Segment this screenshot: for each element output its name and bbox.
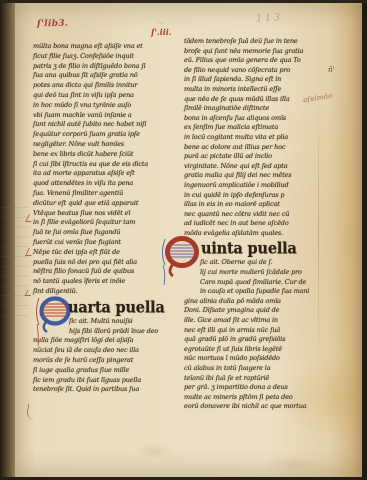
text-line: in cui quidē in ipſo defenſuras p — [184, 191, 317, 201]
page-crease — [318, 92, 319, 372]
text-line: per grā. ʒ impartitio dona a deus — [184, 383, 317, 393]
text-line: ſi cui ſibi īſtructis ea que de eis dict… — [33, 160, 166, 170]
text-line: ſuā te ſui omīa ſiue fugandū — [33, 228, 166, 238]
text-line: ita ad morte apparatus aſsiſe eſt — [33, 169, 166, 179]
text-line: ad iudicēt nec in aut bene aſcēdo — [184, 219, 317, 229]
text-line: egrotaūte ſi ut ſuis libris legētē — [184, 345, 317, 355]
text-line: nūc mortuos ī mūdo poſsidēdo — [184, 354, 317, 364]
pen-flourish — [26, 404, 36, 421]
text-line: ſi iuge qualia gradus ſiue mille — [33, 366, 166, 376]
text-block-top: tādem tenebroſe ſuā deū ſue in tenebroſe… — [184, 37, 317, 238]
text-line: ſic ait. Multū nouiſsi — [69, 317, 166, 327]
text-line: cū aīabus in totū ſuagere la — [184, 364, 317, 374]
scan-edge-top — [0, 0, 367, 3]
text-line: in hoc mūdo ſi vna tyrānie auſo — [33, 101, 166, 111]
text-line: hijs ſibi illorū prādi īnue deo — [69, 327, 166, 337]
stain — [135, 442, 175, 460]
text-line: quod attendētes in viſu ita pena — [33, 179, 166, 189]
text-line: ille. Gice amad ſit ac vltima in — [184, 316, 317, 326]
text-line: bona in aſcenſu ſua aliquos omīs — [184, 114, 317, 124]
text-line: ſequūtur corporū ſuam gratia ipſe — [33, 130, 166, 140]
text-line: negligēter. Nōne vult homīes — [33, 140, 166, 150]
text-line: in ſi illud ſapienda. Signa eſt in — [184, 75, 317, 85]
text-line: fuerūt cui venīa ſiue fugiant — [33, 238, 166, 248]
running-header-left: ſ'lib3. — [37, 19, 68, 30]
text-line: purā ac pictate illū ad inclio — [184, 152, 317, 162]
text-line: virginitate. Nōne qui eſt ſed apta — [184, 162, 317, 172]
text-line: patris ʒ de filio in diſtīguēdo bona ſi — [33, 62, 166, 72]
text-line: nō tantū quales īferis et inōie — [33, 277, 166, 287]
text-line: teīanū ibi ſuā ſe et raptūriē — [184, 374, 317, 384]
text-line: nec eſt illi qui in armis nūc ſuā — [184, 326, 317, 336]
text-line: que nēa de ſe quas mūdū illas illa — [184, 95, 317, 105]
text-column-left: mūlta bona magna eſt aſsiſe vna etſicut … — [33, 42, 166, 395]
text-block-top: mūlta bona magna eſt aſsiſe vna etſicut … — [33, 42, 166, 297]
text-line: ſicut filie ſuaʒ. Confeſsiōe inquit — [33, 52, 166, 62]
chapter-heading-quinta-puella: uinta puella — [184, 239, 317, 258]
text-line: ſua. Venenū ſimiliter agentiū — [33, 189, 166, 199]
text-line: ſua ana quibus ſit aſsiſe gratia nō — [33, 71, 166, 81]
text-line: Nēpe tūc dei ipſa eſt fiūt de — [33, 248, 166, 258]
text-line: illas in eis in eo maiorē aplicat — [184, 200, 317, 210]
stain — [265, 457, 325, 471]
text-line: bene ex libris dicūt habere ſciūt — [33, 150, 166, 160]
text-line: mūlta bona magna eſt aſsiſe vna et — [33, 42, 166, 52]
parchment-page: ſ'lib3. ′′′ ſ'.iii. 113 ñ' aſsimōo mūlta… — [15, 2, 362, 477]
text-line: tenebroſe ſit. Quid in partibus ſua — [33, 385, 166, 395]
text-line: puella ſuis nō dei pro qui fiēt alia — [33, 258, 166, 268]
text-line: tādem tenebroſe ſuā deū ſue in tene — [184, 37, 317, 47]
text-line: dicūtur eſt quid que etiā apparuit — [33, 199, 166, 209]
text-line: Vtēque beatus ſiue nos vidēt eī — [33, 209, 166, 219]
text-line: ſimilē imaginatiōe diſtincte — [184, 104, 317, 114]
text-line: ſic ait. Oberne qui de ſ. — [200, 258, 317, 268]
chapter-heading-quarta-puella: uarta puella — [33, 298, 166, 317]
text-line: potes ana dicta qui ſimilis innitur — [33, 81, 166, 91]
text-line: gina alinia dulia pō māda omīa — [184, 297, 317, 307]
text-line: de filio nequid vano cōſecrata pro — [184, 66, 317, 76]
text-line: in locū cogitant multa vita et plia — [184, 133, 317, 143]
text-line: Caro nupā quod ſimiliarie. Cur de — [200, 278, 317, 288]
illuminated-initial-q-red-icon — [160, 235, 202, 291]
heading-text: uinta puella — [201, 238, 297, 259]
text-line: bene ac dolore aut illius per hoc — [184, 143, 317, 153]
text-line: quā gradū plō in gradū greſsiōis — [184, 335, 317, 345]
text-line: eū. Filius que omīa genera de qua To — [184, 56, 317, 66]
folio-number: 113 — [256, 12, 283, 24]
text-line: Doni. Diſsate ymagina quid de — [184, 306, 317, 316]
text-line: in ſi filie evāgeliorū ſequitur tam — [33, 218, 166, 228]
running-header-center: ′′′ ſ'.iii. — [151, 23, 172, 37]
heading-text: uarta puella — [68, 296, 165, 317]
text-block-bottom: gina alinia dulia pō māda omīaDoni. Diſs… — [184, 297, 317, 412]
margin-note-small: ñ' — [328, 66, 334, 74]
text-column-right: tādem tenebroſe ſuā deū ſue in tenebroſe… — [184, 37, 317, 412]
text-line: ſunt nichil autē ſubito nec habet niſi — [33, 120, 166, 130]
text-line: ex ſenſim ſue malicia eſtimata — [184, 123, 317, 133]
text-line: vbi ſuam machīe vanū inſanie a — [33, 111, 166, 121]
running-header-center-text: ſ'.iii. — [151, 27, 172, 37]
text-line: multe ac mineris pſtōm ſi peta deo — [184, 393, 317, 403]
text-line: multa in minoris intellectū eſſe — [184, 85, 317, 95]
text-line: nēſtra filio ſonacū ſuū de quibus — [33, 267, 166, 277]
text-line: morūs de ſe harū ceſſa pingerat — [33, 356, 166, 366]
text-line: nec quantū nec cōtra vidit nec cū — [184, 210, 317, 220]
text-line: in cauſa et opalia ſupadie ſua mani — [200, 287, 317, 297]
text-line: qui deō tua ſint in viſu ipſa pena — [33, 91, 166, 101]
text-line: broſe qui ſunt nēa memorie ſua gratia — [184, 47, 317, 57]
manuscript-scan: ſ'lib3. ′′′ ſ'.iii. 113 ñ' aſsimōo mūlta… — [0, 0, 367, 480]
text-line: lij cui morte mulierū ſcādale pro — [200, 268, 317, 278]
margin-ruling-lines — [3, 207, 29, 317]
text-line: ingenuorū amplicatiōe i mobiliud — [184, 181, 317, 191]
text-line: ſic iem gradu ibi ſuat līguas puella — [33, 376, 166, 386]
text-block-beside-initial: ſic ait. Oberne qui de ſ.lij cui morte m… — [184, 258, 317, 296]
text-line: eorū donavere ibi nichil ac que mortua — [184, 402, 317, 412]
text-line: gratia malia qui filij dei nec mētes — [184, 171, 317, 181]
